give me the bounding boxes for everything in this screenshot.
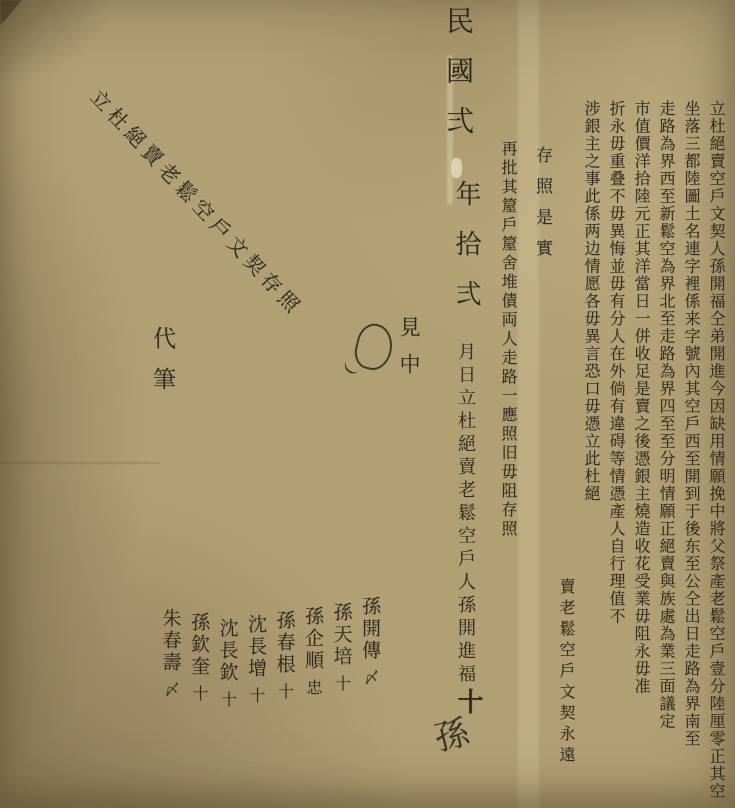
signature-mark: 〆 <box>162 674 181 700</box>
scribe-label: 代筆 <box>146 326 179 408</box>
deed-column-3: 走路為界西至新鬆空為界北至走路為界四至至分明情願正絕賣與族處為業三面議定 <box>654 100 679 806</box>
signature-column: 孫欽奎十 <box>185 596 214 808</box>
signature-name: 孫企順 <box>302 606 324 672</box>
addendum-clause: 再批其箼戶箼舍堆債両人走路一應照旧毋阻存照 <box>497 140 520 576</box>
deed-column-5: 折永毋重叠不毋異悔並毋有分人在外倘有違碍等情憑產人自行理值不 <box>604 100 629 806</box>
deed-main-text: 立杜絕賣空戶文契人孫開福仝弟開進今因缺用情願挽中將父祭產老鬆空戶壹分陸厘零正其空… <box>529 100 729 806</box>
execution-line: 月日立杜絕賣老鬆空戶人孫開進福 <box>452 342 478 702</box>
signature-mark: 十 <box>333 668 352 694</box>
paper-fold-crease <box>0 462 160 464</box>
signature-name: 孫天培 <box>331 602 353 668</box>
signature-column: 沈長欽十 <box>213 596 242 808</box>
deed-column-1: 立杜絕賣空戶文契人孫開福仝弟開進今因缺用情願挽中將父祭產老鬆空戶壹分陸厘零正其空 <box>704 100 729 806</box>
diagonal-endorsement: 立杜絕賣老鬆空戶文契存照 <box>85 82 311 321</box>
signature-block: 孫開傳〆 孫天培十 孫企順忠 孫春根十 沈長增十 沈長欽十 孫欽奎十 朱春壽〆 <box>156 596 384 808</box>
deed-scan: 立杜絕賣空戶文契人孫開福仝弟開進今因缺用情願挽中將父祭產老鬆空戶壹分陸厘零正其空… <box>0 0 735 808</box>
signature-mark: 忠 <box>304 672 323 698</box>
signature-mark: 十 <box>190 678 209 704</box>
signature-mark: 〆 <box>361 662 380 688</box>
signature-name: 孫欽奎 <box>188 612 210 678</box>
signature-mark: 十 <box>219 684 238 710</box>
deed-column-7: 賣老鬆空戶文契永遠 <box>554 100 579 806</box>
paper-chip <box>451 158 462 178</box>
deed-column-8: 存照是實 <box>529 100 554 806</box>
signature-name: 孫開傳 <box>359 596 381 662</box>
deed-column-2: 坐落三都陸圖土名連字裡係来字號內其空戶西至開到于後东至公仝出日走路為界南至 <box>679 100 704 806</box>
signature-column: 朱春壽〆 <box>156 596 185 808</box>
endorsement-paraph-circle <box>351 320 397 373</box>
signature-mark: 十 <box>247 680 266 706</box>
signature-column: 孫春根十 <box>270 596 299 808</box>
signature-column: 孫開傳〆 <box>356 596 385 808</box>
signature-column: 沈長增十 <box>242 596 271 808</box>
signature-mark: 十 <box>276 676 295 702</box>
signature-name: 沈長欽 <box>217 618 239 684</box>
deed-column-4: 市值價洋拾陸元正其洋當日一併收足是賣之後憑銀主燒造收花受業毋阻永毋准 <box>629 100 654 806</box>
signature-column: 孫企順忠 <box>299 596 328 808</box>
signature-name: 沈長增 <box>245 614 267 680</box>
signature-column: 孫天培十 <box>327 596 356 808</box>
deed-column-6: 涉銀主之事此係两边情愿各毋異言恐口毋憑立此杜絕 <box>579 100 604 806</box>
date-era-year: 民國弍 <box>438 6 478 156</box>
witness-label: 見中 <box>394 316 424 390</box>
signature-name: 孫春根 <box>274 610 296 676</box>
signature-name: 朱春壽 <box>160 608 182 674</box>
paper-corner-tear <box>0 0 22 26</box>
date-month: 年拾弍 <box>448 180 485 330</box>
